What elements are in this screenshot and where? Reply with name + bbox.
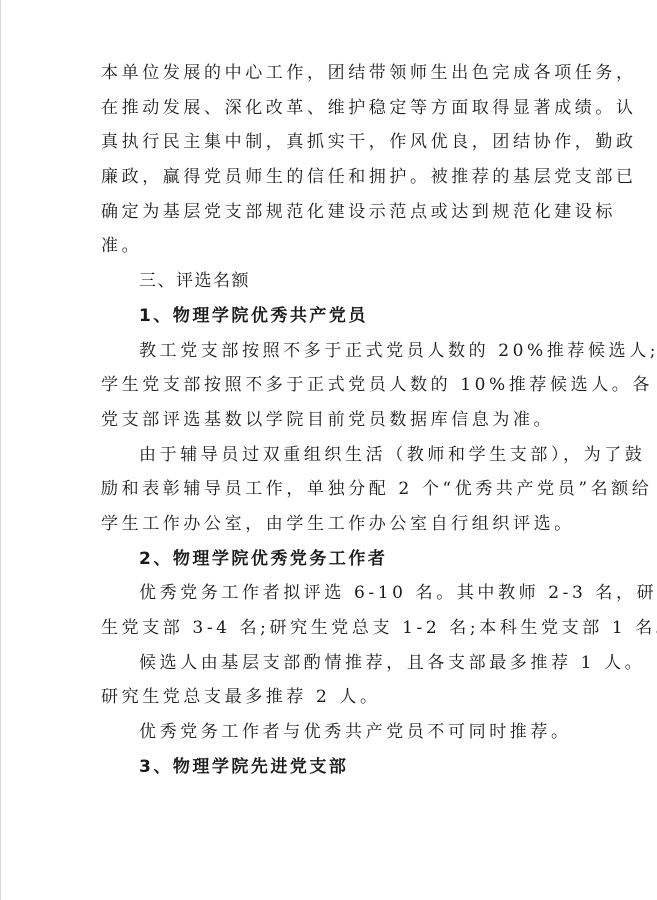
text-line: 优秀党务工作者拟评选 6-10 名。其中教师 2-3 名，研究 (101, 576, 571, 611)
text-line: 本单位发展的中心工作，团结带领师生出色完成各项任务， (101, 56, 571, 91)
text-line: 党支部评选基数以学院目前党员数据库信息为准。 (101, 403, 571, 438)
text-line: 在推动发展、深化改革、维护稳定等方面取得显著成绩。认 (101, 91, 571, 126)
text-line: 学生党支部按照不多于正式党员人数的 10%推荐候选人。各 (101, 368, 571, 403)
text-line: 研究生党总支最多推荐 2 人。 (101, 680, 571, 715)
paragraph-counselor-allocation: 由于辅导员过双重组织生活（教师和学生支部），为了鼓 励和表彰辅导员工作，单独分配… (101, 438, 571, 542)
text-line: 确定为基层党支部规范化建设示范点或达到规范化建设标 (101, 195, 571, 230)
paragraph-quota-rules: 教工党支部按照不多于正式党员人数的 20%推荐候选人; 学生党支部按照不多于正式… (101, 334, 571, 438)
sub-heading-advanced-branch: 3、物理学院先进党支部 (101, 750, 571, 785)
text-line: 真执行民主集中制，真抓实干，作风优良，团结协作，勤政 (101, 125, 571, 160)
paragraph-candidate-recommendation: 候选人由基层支部酌情推荐，且各支部最多推荐 1 人。 研究生党总支最多推荐 2 … (101, 646, 571, 715)
sub-heading-party-worker: 2、物理学院优秀党务工作者 (101, 542, 571, 577)
paragraph-continuation: 本单位发展的中心工作，团结带领师生出色完成各项任务， 在推动发展、深化改革、维护… (101, 56, 571, 264)
sub-heading-outstanding-member: 1、物理学院优秀共产党员 (101, 299, 571, 334)
text-line: 优秀党务工作者与优秀共产党员不可同时推荐。 (101, 715, 571, 750)
text-line: 廉政，赢得党员师生的信任和拥护。被推荐的基层党支部已 (101, 160, 571, 195)
text-line: 励和表彰辅导员工作，单独分配 2 个“优秀共产党员”名额给 (101, 472, 571, 507)
text-line: 生党支部 3-4 名;研究生党总支 1-2 名;本科生党支部 1 名。 (101, 611, 571, 646)
text-line: 候选人由基层支部酌情推荐，且各支部最多推荐 1 人。 (101, 646, 571, 681)
text-line: 教工党支部按照不多于正式党员人数的 20%推荐候选人; (101, 334, 571, 369)
document-page: 本单位发展的中心工作，团结带领师生出色完成各项任务， 在推动发展、深化改革、维护… (0, 0, 657, 900)
section-heading: 三、评选名额 (101, 264, 571, 299)
text-line: 由于辅导员过双重组织生活（教师和学生支部），为了鼓 (101, 438, 571, 473)
text-line: 学生工作办公室，由学生工作办公室自行组织评选。 (101, 507, 571, 542)
document-body: 本单位发展的中心工作，团结带领师生出色完成各项任务， 在推动发展、深化改革、维护… (101, 56, 571, 784)
paragraph-worker-quotas: 优秀党务工作者拟评选 6-10 名。其中教师 2-3 名，研究 生党支部 3-4… (101, 576, 571, 645)
text-line: 准。 (101, 229, 571, 264)
paragraph-no-dual-recommendation: 优秀党务工作者与优秀共产党员不可同时推荐。 (101, 715, 571, 750)
